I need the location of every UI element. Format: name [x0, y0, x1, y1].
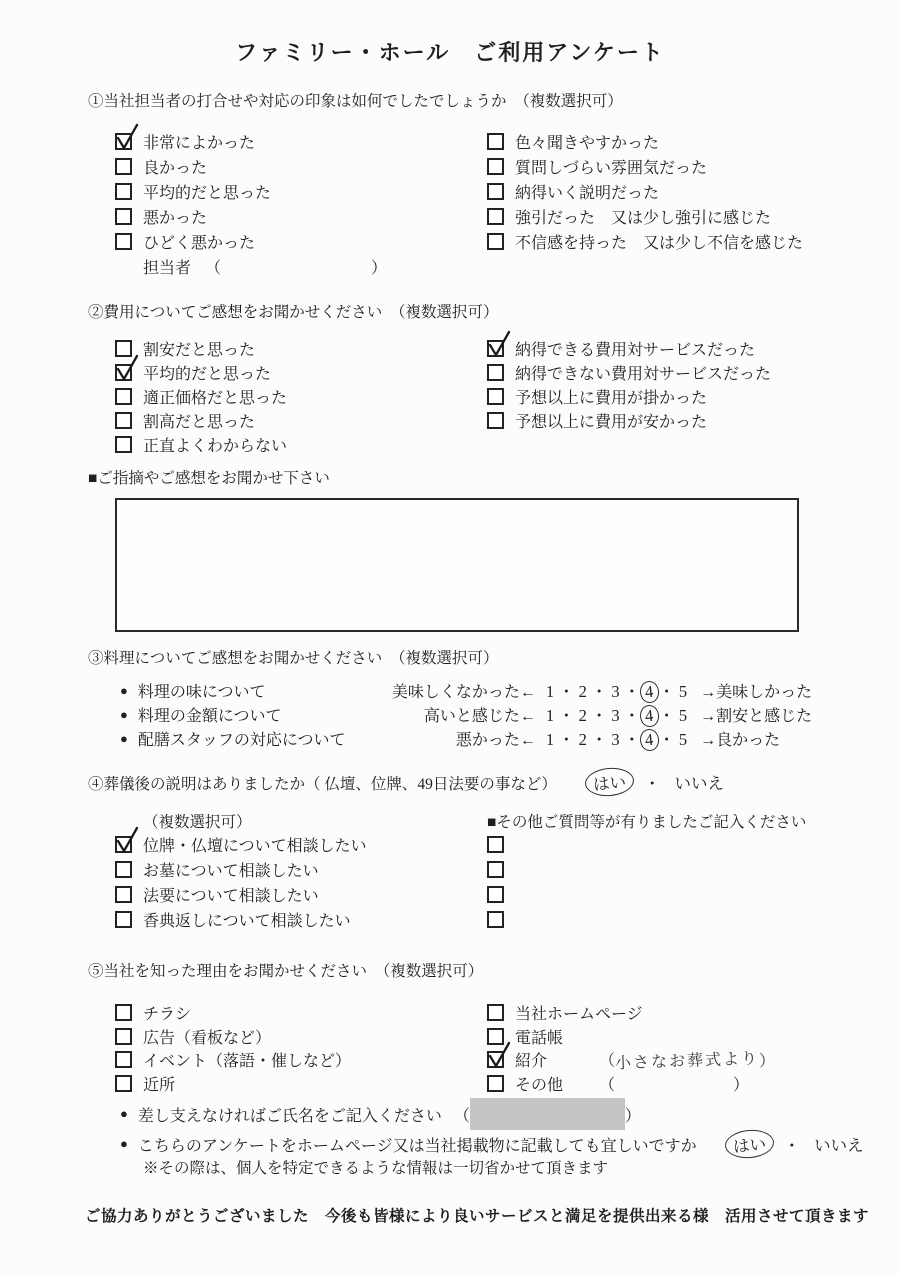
checkbox[interactable] [115, 911, 132, 928]
option-label: お墓について相談したい [143, 858, 319, 881]
checkbox[interactable] [115, 233, 132, 250]
checkbox[interactable] [487, 233, 504, 250]
scale-value-2[interactable]: 2 [577, 730, 590, 750]
option-label: 質問しづらい雰囲気だった [515, 155, 707, 178]
option-label: 納得いく説明だった [515, 180, 659, 203]
checkbox-checked[interactable] [487, 340, 504, 357]
checkbox[interactable] [487, 412, 504, 429]
scale-separator: ・ [557, 730, 577, 749]
option-row: 香典返しについて相談したい [115, 909, 351, 929]
option-row: 不信感を持った 又は少し不信を感じた [487, 231, 803, 251]
option-row: ひどく悪かった [115, 231, 255, 251]
checkbox[interactable] [115, 388, 132, 405]
q3-heading: ③料理についてご感想をお聞かせください （複数選択可） [88, 646, 498, 668]
option-row: その他（） [487, 1073, 749, 1093]
checkbox[interactable] [487, 133, 504, 150]
checkbox[interactable] [487, 158, 504, 175]
checkbox[interactable] [115, 886, 132, 903]
q3-row-price: ● 料理の金額について 高いと感じた← 1・2・3・4・5 →割安と感じた [120, 702, 812, 727]
q3-row-label: 配膳スタッフの対応について [138, 727, 388, 750]
comment-box[interactable] [115, 498, 799, 632]
q4-heading: ④葬儀後の説明はありましたか（ 仏壇、位牌、49日法要の事など） [88, 772, 557, 794]
option-row: お墓について相談したい [115, 859, 319, 879]
bullet-icon: ● [120, 731, 128, 747]
checkbox[interactable] [115, 412, 132, 429]
option-row: 平均的だと思った [115, 362, 271, 382]
option-label: 適正価格だと思った [143, 385, 287, 408]
publish-consent-row: ● こちらのアンケートをホームページ又は当社掲載物に記載しても宜しいですか はい… [120, 1130, 868, 1158]
publish-consent-label: こちらのアンケートをホームページ又は当社掲載物に記載しても宜しいですか [138, 1133, 697, 1156]
scale-separator: ・ [557, 682, 577, 701]
bullet-icon: ● [120, 683, 128, 699]
scale-separator: ・ [657, 706, 677, 725]
scale-value-5[interactable]: 5 [677, 730, 690, 750]
option-row: 質問しづらい雰囲気だった [487, 156, 707, 176]
option-row: 法要について相談したい [115, 884, 319, 904]
footer-thanks: ご協力ありがとうございました 今後も皆様により良いサービスと満足を提供出来る様 … [85, 1204, 869, 1226]
checkbox[interactable] [115, 1028, 132, 1045]
option-row [487, 834, 504, 854]
checkbox[interactable] [115, 183, 132, 200]
q3-right-anchor: →良かった [700, 727, 780, 750]
q3-row-label: 料理の金額について [138, 703, 388, 726]
checkbox[interactable] [487, 364, 504, 381]
rating-scale: 1・2・3・4・5 [544, 726, 690, 751]
checkbox[interactable] [115, 436, 132, 453]
scale-value-5[interactable]: 5 [677, 682, 690, 702]
option-row [487, 884, 504, 904]
option-label: 不信感を持った 又は少し不信を感じた [515, 230, 803, 253]
checkbox[interactable] [115, 1004, 132, 1021]
q3-left-anchor: 悪かった← [388, 727, 536, 750]
option-row: 割高だと思った [115, 410, 255, 430]
scale-separator: ・ [590, 730, 610, 749]
paren-open: （ [599, 1047, 616, 1071]
option-row: チラシ [115, 1002, 191, 1022]
publish-yes-no: はい ・ いいえ [725, 1130, 868, 1158]
q3-right-anchor: →割安と感じた [700, 703, 812, 726]
option-row: 当社ホームページ [487, 1002, 643, 1022]
checkbox[interactable] [487, 1075, 504, 1092]
checkbox[interactable] [487, 836, 504, 853]
q4-subheading-right: ■その他ご質問等が有りましたご記入ください [487, 810, 806, 832]
scale-separator: ・ [590, 706, 610, 725]
option-label: 納得できない費用対サービスだった [515, 361, 771, 384]
option-label: 香典返しについて相談したい [143, 908, 351, 931]
q3-right-anchor: →美味しかった [700, 679, 812, 702]
checkbox-checked[interactable] [487, 1051, 504, 1068]
option-row: イベント（落語・催しなど） [115, 1049, 351, 1069]
scale-separator: ・ [557, 706, 577, 725]
checkbox[interactable] [115, 861, 132, 878]
option-label: 良かった [143, 155, 207, 178]
option-label: 割安だと思った [143, 337, 255, 360]
option-row: 強引だった 又は少し強引に感じた [487, 206, 771, 226]
option-label: 平均的だと思った [143, 361, 271, 384]
scale-value-1[interactable]: 1 [544, 682, 557, 702]
option-label: 広告（看板など） [143, 1025, 271, 1048]
q3-row-staff: ● 配膳スタッフの対応について 悪かった← 1・2・3・4・5 →良かった [120, 726, 780, 751]
rating-scale: 1・2・3・4・5 [544, 678, 690, 703]
comment-heading: ■ご指摘やご感想をお聞かせ下さい [88, 466, 330, 488]
scale-separator: ・ [590, 682, 610, 701]
q3-left-anchor: 美味しくなかった← [388, 679, 536, 702]
q4-yes-no: はい ・ いいえ [585, 768, 728, 796]
scale-value-3[interactable]: 3 [609, 730, 622, 750]
redacted-name-field[interactable] [470, 1098, 625, 1130]
answer-separator: ・ [644, 770, 661, 794]
option-label: ひどく悪かった [143, 230, 255, 253]
scale-value-2[interactable]: 2 [577, 706, 590, 726]
checkbox[interactable] [487, 183, 504, 200]
option-row: 近所 [115, 1073, 175, 1093]
checkbox-checked[interactable] [115, 364, 132, 381]
answer-separator: ・ [784, 1132, 801, 1156]
q3-left-anchor: 高いと感じた← [388, 703, 536, 726]
option-row: 非常によかった [115, 131, 255, 151]
option-label: 正直よくわからない [143, 433, 287, 456]
checkbox-checked[interactable] [115, 133, 132, 150]
option-row [487, 909, 504, 929]
option-label: 法要について相談したい [143, 883, 319, 906]
option-label: その他 [515, 1072, 585, 1095]
option-row: 平均的だと思った [115, 181, 271, 201]
checkbox[interactable] [487, 886, 504, 903]
publish-answer-no[interactable]: いいえ [810, 1131, 868, 1157]
option-label: 予想以上に費用が掛かった [515, 385, 707, 408]
option-label: 平均的だと思った [143, 180, 271, 203]
option-row: 納得できない費用対サービスだった [487, 362, 771, 382]
option-row: 適正価格だと思った [115, 386, 287, 406]
checkbox-checked[interactable] [115, 836, 132, 853]
bullet-icon: ● [120, 1136, 128, 1152]
bullet-icon: ● [120, 707, 128, 723]
option-label: 電話帳 [515, 1025, 563, 1048]
option-row: 広告（看板など） [115, 1026, 271, 1046]
option-row: 予想以上に費用が掛かった [487, 386, 707, 406]
option-row: 良かった [115, 156, 207, 176]
option-row: 予想以上に費用が安かった [487, 410, 707, 430]
scale-separator: ・ [657, 730, 677, 749]
option-label: 色々聞きやすかった [515, 130, 659, 153]
q4-answer-no[interactable]: いいえ [671, 769, 729, 795]
option-label: 当社ホームページ [515, 1001, 643, 1024]
page-title: ファミリー・ホール ご利用アンケート [0, 36, 900, 67]
name-entry-row: ● 差し支えなければご氏名をご記入ください （ ） [120, 1096, 641, 1132]
option-row: 納得いく説明だった [487, 181, 659, 201]
scale-separator: ・ [657, 682, 677, 701]
publish-answer-yes[interactable]: はい [723, 1128, 774, 1160]
paren-close: ） [759, 1047, 776, 1071]
checkbox[interactable] [115, 1075, 132, 1092]
privacy-note: ※その際は、個人を特定できるような情報は一切省かせて頂きます [143, 1156, 608, 1178]
option-label: 悪かった [143, 205, 207, 228]
option-label: 近所 [143, 1072, 175, 1095]
q2-heading: ②費用についてご感想をお聞かせください （複数選択可） [88, 300, 498, 322]
checkbox[interactable] [115, 1051, 132, 1068]
handwritten-note: 小さなお葬式より [615, 1045, 760, 1073]
q5-heading: ⑤当社を知った理由をお聞かせください （複数選択可） [88, 959, 483, 981]
option-label: 納得できる費用対サービスだった [515, 337, 755, 360]
scale-value-2[interactable]: 2 [577, 682, 590, 702]
option-row: 悪かった [115, 206, 207, 226]
checkbox[interactable] [487, 388, 504, 405]
paren-close: ） [371, 255, 387, 278]
checkbox[interactable] [115, 158, 132, 175]
scale-value-1[interactable]: 1 [544, 706, 557, 726]
paren-close: ） [625, 1103, 641, 1126]
rating-scale: 1・2・3・4・5 [544, 702, 690, 727]
staff-label: 担当者 [143, 255, 191, 278]
option-row: 色々聞きやすかった [487, 131, 659, 151]
scale-value-5[interactable]: 5 [677, 706, 690, 726]
option-label: イベント（落語・催しなど） [143, 1048, 351, 1071]
bullet-icon: ● [120, 1106, 128, 1122]
scale-value-3[interactable]: 3 [609, 706, 622, 726]
q3-row-taste: ● 料理の味について 美味しくなかった← 1・2・3・4・5 →美味しかった [120, 678, 812, 703]
option-label: 紹介 [515, 1048, 585, 1071]
paren-open: （ [205, 255, 221, 278]
q3-row-label: 料理の味について [138, 679, 388, 702]
paren-open: （ [454, 1103, 470, 1126]
option-label: 割高だと思った [143, 409, 255, 432]
paren-close: ） [733, 1072, 749, 1095]
staff-name-row: 担当者 （ ） [143, 255, 387, 278]
scale-value-1[interactable]: 1 [544, 730, 557, 750]
q4-subheading-left: （複数選択可） [143, 810, 252, 832]
scale-value-3[interactable]: 3 [609, 682, 622, 702]
option-row [487, 859, 504, 879]
q1-heading: ①当社担当者の打合せや対応の印象は如何でしたでしょうか （複数選択可） [88, 89, 623, 111]
checkbox[interactable] [487, 911, 504, 928]
checkbox[interactable] [487, 861, 504, 878]
option-label: 非常によかった [143, 130, 255, 153]
option-row: 位牌・仏壇について相談したい [115, 834, 367, 854]
option-label: 強引だった 又は少し強引に感じた [515, 205, 771, 228]
checkbox[interactable] [487, 208, 504, 225]
option-row: 納得できる費用対サービスだった [487, 338, 755, 358]
option-row: 紹介（小さなお葬式より） [487, 1049, 775, 1069]
option-label: チラシ [143, 1001, 191, 1024]
option-note: （小さなお葬式より） [599, 1048, 775, 1071]
q4-answer-yes[interactable]: はい [584, 766, 635, 798]
option-label: 予想以上に費用が安かった [515, 409, 707, 432]
option-row: 正直よくわからない [115, 434, 287, 454]
name-entry-label: 差し支えなければご氏名をご記入ください [138, 1103, 442, 1126]
paren-open: （ [599, 1072, 615, 1095]
option-note: （） [599, 1072, 749, 1095]
checkbox[interactable] [487, 1004, 504, 1021]
option-label: 位牌・仏壇について相談したい [143, 833, 367, 856]
checkbox[interactable] [115, 208, 132, 225]
survey-form-page: ファミリー・ホール ご利用アンケート ①当社担当者の打合せや対応の印象は如何でし… [0, 0, 900, 1274]
